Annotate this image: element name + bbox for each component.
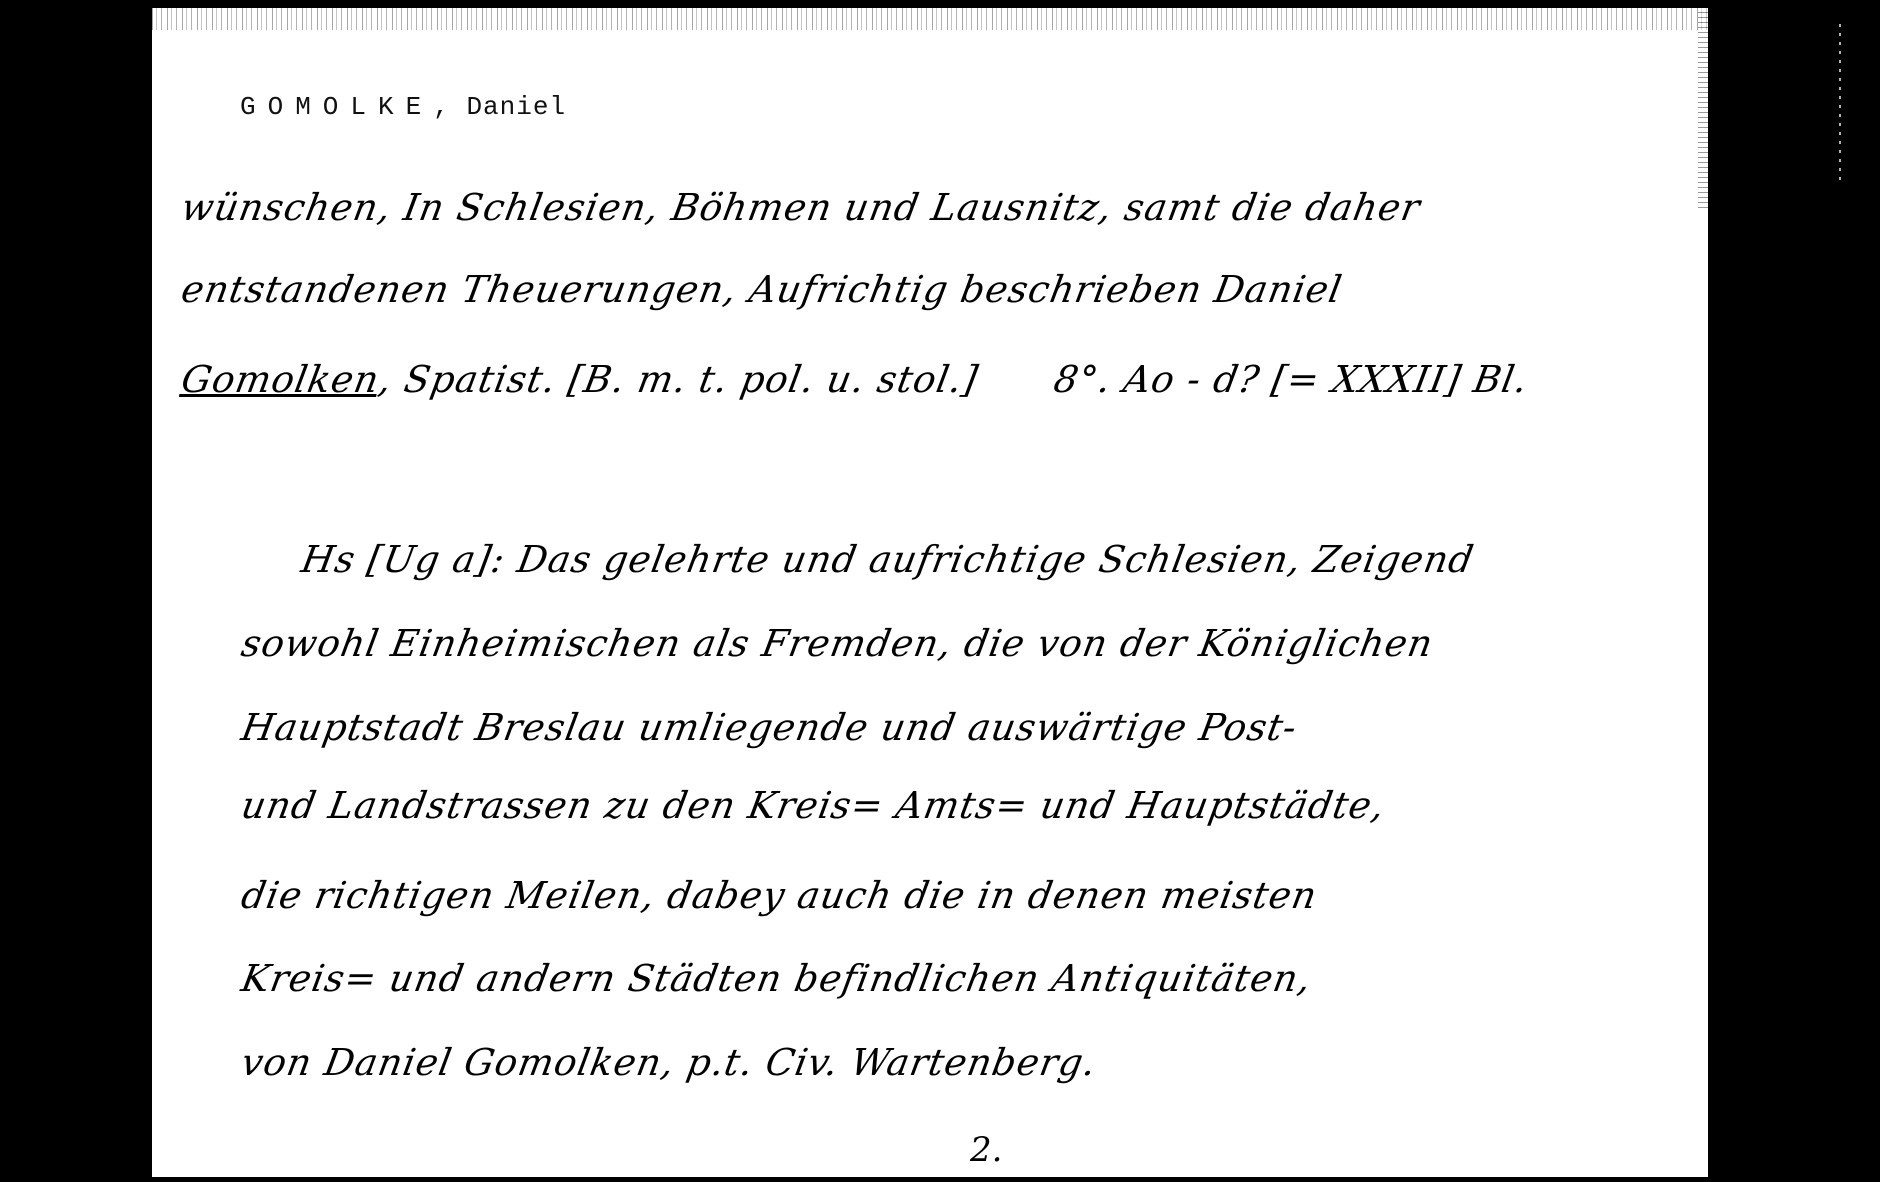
scan-noise-right (1698, 8, 1708, 208)
paragraph-2-line-4: und Landstrassen zu den Kreis= Amts= und… (238, 784, 1388, 827)
scan-noise-top (152, 8, 1708, 30)
paragraph-2-line-3: Hauptstadt Breslau umliegende und auswär… (238, 706, 1300, 749)
document-page: GOMOLKE, Daniel wünschen, In Schlesien, … (152, 8, 1708, 1177)
paragraph-1-line-3-rest: , Spatist. [B. m. t. pol. u. stol.] 8°. … (375, 358, 1531, 401)
paragraph-2-line-7: von Daniel Gomolken, p.t. Civ. Wartenber… (238, 1041, 1100, 1084)
page-number: 2. (970, 1130, 1002, 1170)
paragraph-1-line-3: Gomolken, Spatist. [B. m. t. pol. u. sto… (178, 358, 1531, 401)
header-surname: GOMOLKE (240, 92, 433, 122)
scan-edge-artifact (1839, 20, 1841, 180)
paragraph-2-line-6: Kreis= und andern Städten befindlichen A… (238, 957, 1315, 1000)
paragraph-1-line-1: wünschen, In Schlesien, Böhmen und Lausn… (178, 186, 1424, 229)
paragraph-1-line-2: entstandenen Theuerungen, Aufrichtig bes… (178, 268, 1346, 311)
paragraph-2-line-1: Hs [Ug a]: Das gelehrte und aufrichtige … (298, 538, 1477, 581)
paragraph-2-line-5: die richtigen Meilen, dabey auch die in … (238, 874, 1321, 917)
header-given-name: Daniel (466, 92, 566, 122)
paragraph-2-line-2: sowohl Einheimischen als Fremden, die vo… (238, 622, 1437, 665)
card-header: GOMOLKE, Daniel (240, 92, 566, 122)
underlined-name: Gomolken (178, 358, 383, 401)
header-separator: , (433, 92, 450, 122)
